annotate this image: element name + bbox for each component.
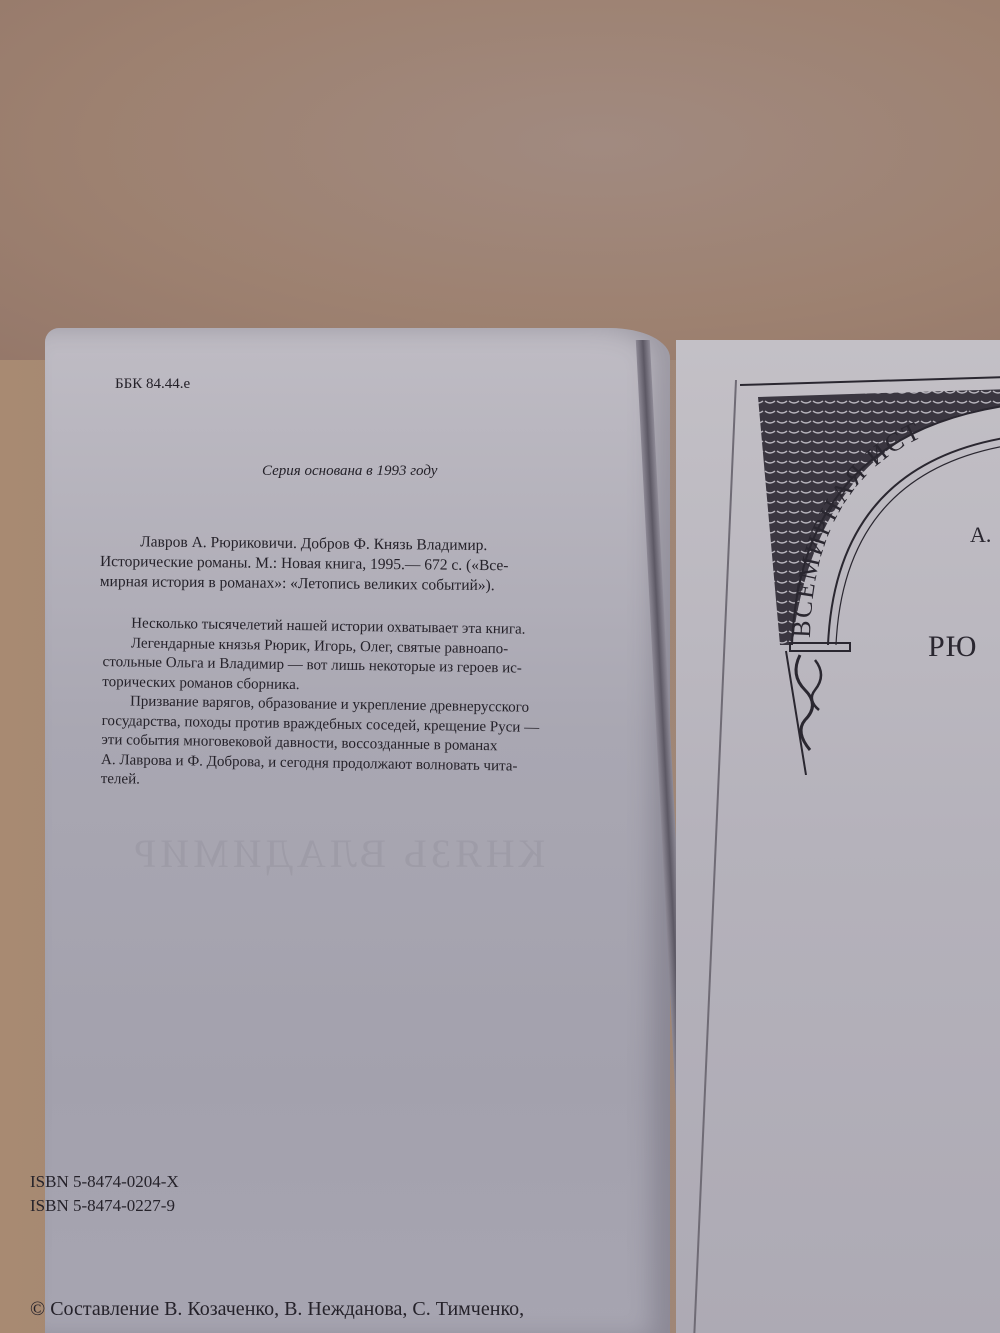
- table-surface: [0, 0, 1000, 360]
- isbn-line: ISBN 5-8474-0227-9: [30, 1194, 179, 1218]
- author-initial: А.: [970, 522, 991, 548]
- abstract: Несколько тысячелетий нашей истории охва…: [101, 614, 541, 796]
- bbk-code: ББК 84.44.е: [115, 376, 190, 393]
- arch-ornament-icon: ВСЕМИРНАЯ ИСТ: [740, 375, 1000, 775]
- isbn-line: ISBN 5-8474-0204-X: [30, 1170, 179, 1194]
- bib-line: мирная история в романах»: «Летопись вел…: [100, 572, 509, 596]
- show-through-text: КНЯЗЬ ВЛАДИМИР: [130, 830, 545, 877]
- isbn-block: ISBN 5-8474-0204-X ISBN 5-8474-0227-9: [30, 1170, 179, 1218]
- copyright-line: © Составление В. Козаченко, В. Нежданова…: [30, 1298, 524, 1321]
- series-note: Серия основана в 1993 году: [262, 463, 437, 480]
- title-fragment: РЮ: [928, 630, 978, 664]
- bibliographic-record: Лавров А. Рюриковичи. Добров Ф. Князь Вл…: [100, 532, 509, 596]
